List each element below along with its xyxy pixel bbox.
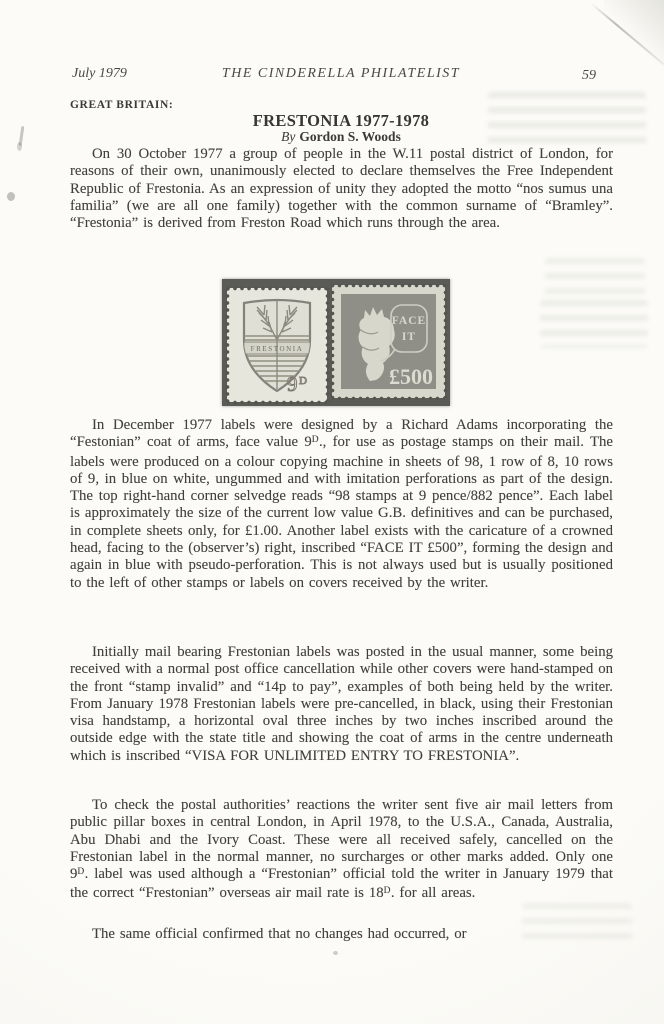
left-stamp-country-text: FRESTONIA <box>251 345 304 353</box>
paragraph: In December 1977 labels were designed by… <box>70 417 613 592</box>
ink-speck <box>7 192 15 201</box>
ink-speck <box>333 951 338 955</box>
paragraph: To check the postal authorities’ reactio… <box>70 797 613 905</box>
byline-author: Gordon S. Woods <box>299 129 400 144</box>
frestonia-9d-stamp: FRESTONIA 9 D <box>227 288 327 402</box>
showthrough-ghost-text <box>540 300 648 348</box>
page-corner-shadow <box>604 0 664 70</box>
paragraph: Initially mail bearing Frestonian labels… <box>70 644 613 765</box>
left-stamp-value-sup: D <box>299 375 307 387</box>
bubble-text-line1: FACE <box>392 315 426 327</box>
stamp-photograph: FRESTONIA 9 D FACE IT £500 <box>222 279 450 406</box>
page-number: 59 <box>582 68 596 84</box>
left-stamp-value: 9 <box>287 372 298 396</box>
bubble-text-line2: IT <box>402 331 416 343</box>
journal-title: THE CINDERELLA PHILATELIST <box>222 66 460 82</box>
coat-of-arms-graphic: FRESTONIA 9 D <box>227 288 327 402</box>
scanned-page: July 1979 THE CINDERELLA PHILATELIST 59 … <box>0 0 664 1024</box>
section-label: GREAT BRITAIN: <box>70 99 173 111</box>
ink-speck <box>17 142 22 151</box>
paragraph: The same official confirmed that no chan… <box>70 926 613 943</box>
byline-prefix: By <box>281 129 295 144</box>
showthrough-ghost-text <box>545 258 645 300</box>
article-title: FRESTONIA 1977-1978 <box>70 111 612 131</box>
right-stamp-value: £500 <box>389 364 433 389</box>
running-head: July 1979 THE CINDERELLA PHILATELIST 59 <box>70 66 612 84</box>
crowned-head-graphic: FACE IT £500 <box>332 285 445 398</box>
face-it-500-stamp: FACE IT £500 <box>332 285 445 398</box>
byline: ByGordon S. Woods <box>70 129 612 145</box>
paragraph: On 30 October 1977 a group of people in … <box>70 146 613 232</box>
issue-date: July 1979 <box>72 66 127 82</box>
